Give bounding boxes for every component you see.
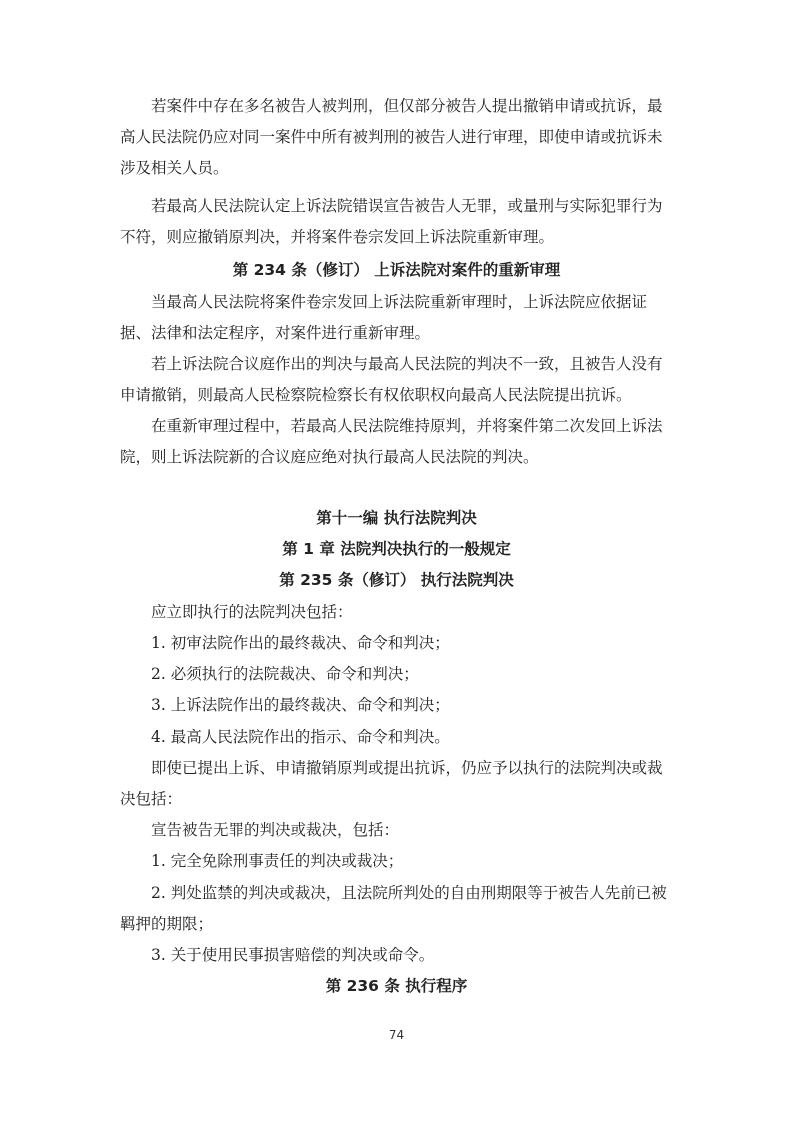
paragraph-line: 据、法律和法定程序，对案件进行重新审理。 <box>120 322 680 344</box>
paragraph-line: 当最高人民法院将案件卷宗发回上诉法院重新审理时，上诉法院应依据证 <box>151 291 681 313</box>
paragraph-line: 2. 必须执行的法院裁决、命令和判决； <box>151 663 681 685</box>
paragraph-line: 不符，则应撤销原判决，并将案件卷宗发回上诉法院重新审理。 <box>120 226 680 248</box>
paragraph-line: 3. 上诉法院作出的最终裁决、命令和判决； <box>151 694 681 716</box>
section-heading: 第 1 章 法院判决执行的一般规定 <box>0 538 793 560</box>
section-heading: 第 235 条（修订） 执行法院判决 <box>0 569 793 591</box>
paragraph-line: 2. 判处监禁的判决或裁决，且法院所判处的自由刑期限等于被告人先前已被 <box>151 882 681 904</box>
paragraph-line: 若上诉法院合议庭作出的判决与最高人民法院的判决不一致，且被告人没有 <box>151 353 681 375</box>
section-heading: 第十一编 执行法院判决 <box>0 507 793 529</box>
paragraph-line: 决包括： <box>120 788 680 810</box>
paragraph-line: 应立即执行的法院判决包括： <box>151 601 681 623</box>
paragraph-line: 在重新审理过程中，若最高人民法院维持原判，并将案件第二次发回上诉法 <box>151 415 681 437</box>
paragraph-line: 4. 最高人民法院作出的指示、命令和判决。 <box>151 726 681 748</box>
paragraph-line: 1. 完全免除刑事责任的判决或裁决； <box>151 850 681 872</box>
page-number: 74 <box>0 1028 793 1042</box>
paragraph-line: 涉及相关人员。 <box>120 157 680 179</box>
section-heading: 第 234 条（修订） 上诉法院对案件的重新审理 <box>0 259 793 281</box>
paragraph-line: 高人民法院仍应对同一案件中所有被判刑的被告人进行审理，即使申请或抗诉未 <box>120 126 680 148</box>
paragraph-line: 羁押的期限； <box>120 913 680 935</box>
paragraph-line: 即使已提出上诉、申请撤销原判或提出抗诉，仍应予以执行的法院判决或裁 <box>151 757 681 779</box>
paragraph-line: 若案件中存在多名被告人被判刑，但仅部分被告人提出撤销申请或抗诉，最 <box>151 95 681 117</box>
paragraph-line: 若最高人民法院认定上诉法院错误宣告被告人无罪，或量刑与实际犯罪行为 <box>151 195 681 217</box>
paragraph-line: 申请撤销，则最高人民检察院检察长有权依职权向最高人民法院提出抗诉。 <box>120 384 680 406</box>
section-heading: 第 236 条 执行程序 <box>0 975 793 997</box>
paragraph-line: 3. 关于使用民事损害赔偿的判决或命令。 <box>151 944 681 966</box>
paragraph-line: 宣告被告无罪的判决或裁决，包括： <box>151 819 681 841</box>
paragraph-line: 1. 初审法院作出的最终裁决、命令和判决； <box>151 632 681 654</box>
paragraph-line: 院，则上诉法院新的合议庭应绝对执行最高人民法院的判决。 <box>120 446 680 468</box>
